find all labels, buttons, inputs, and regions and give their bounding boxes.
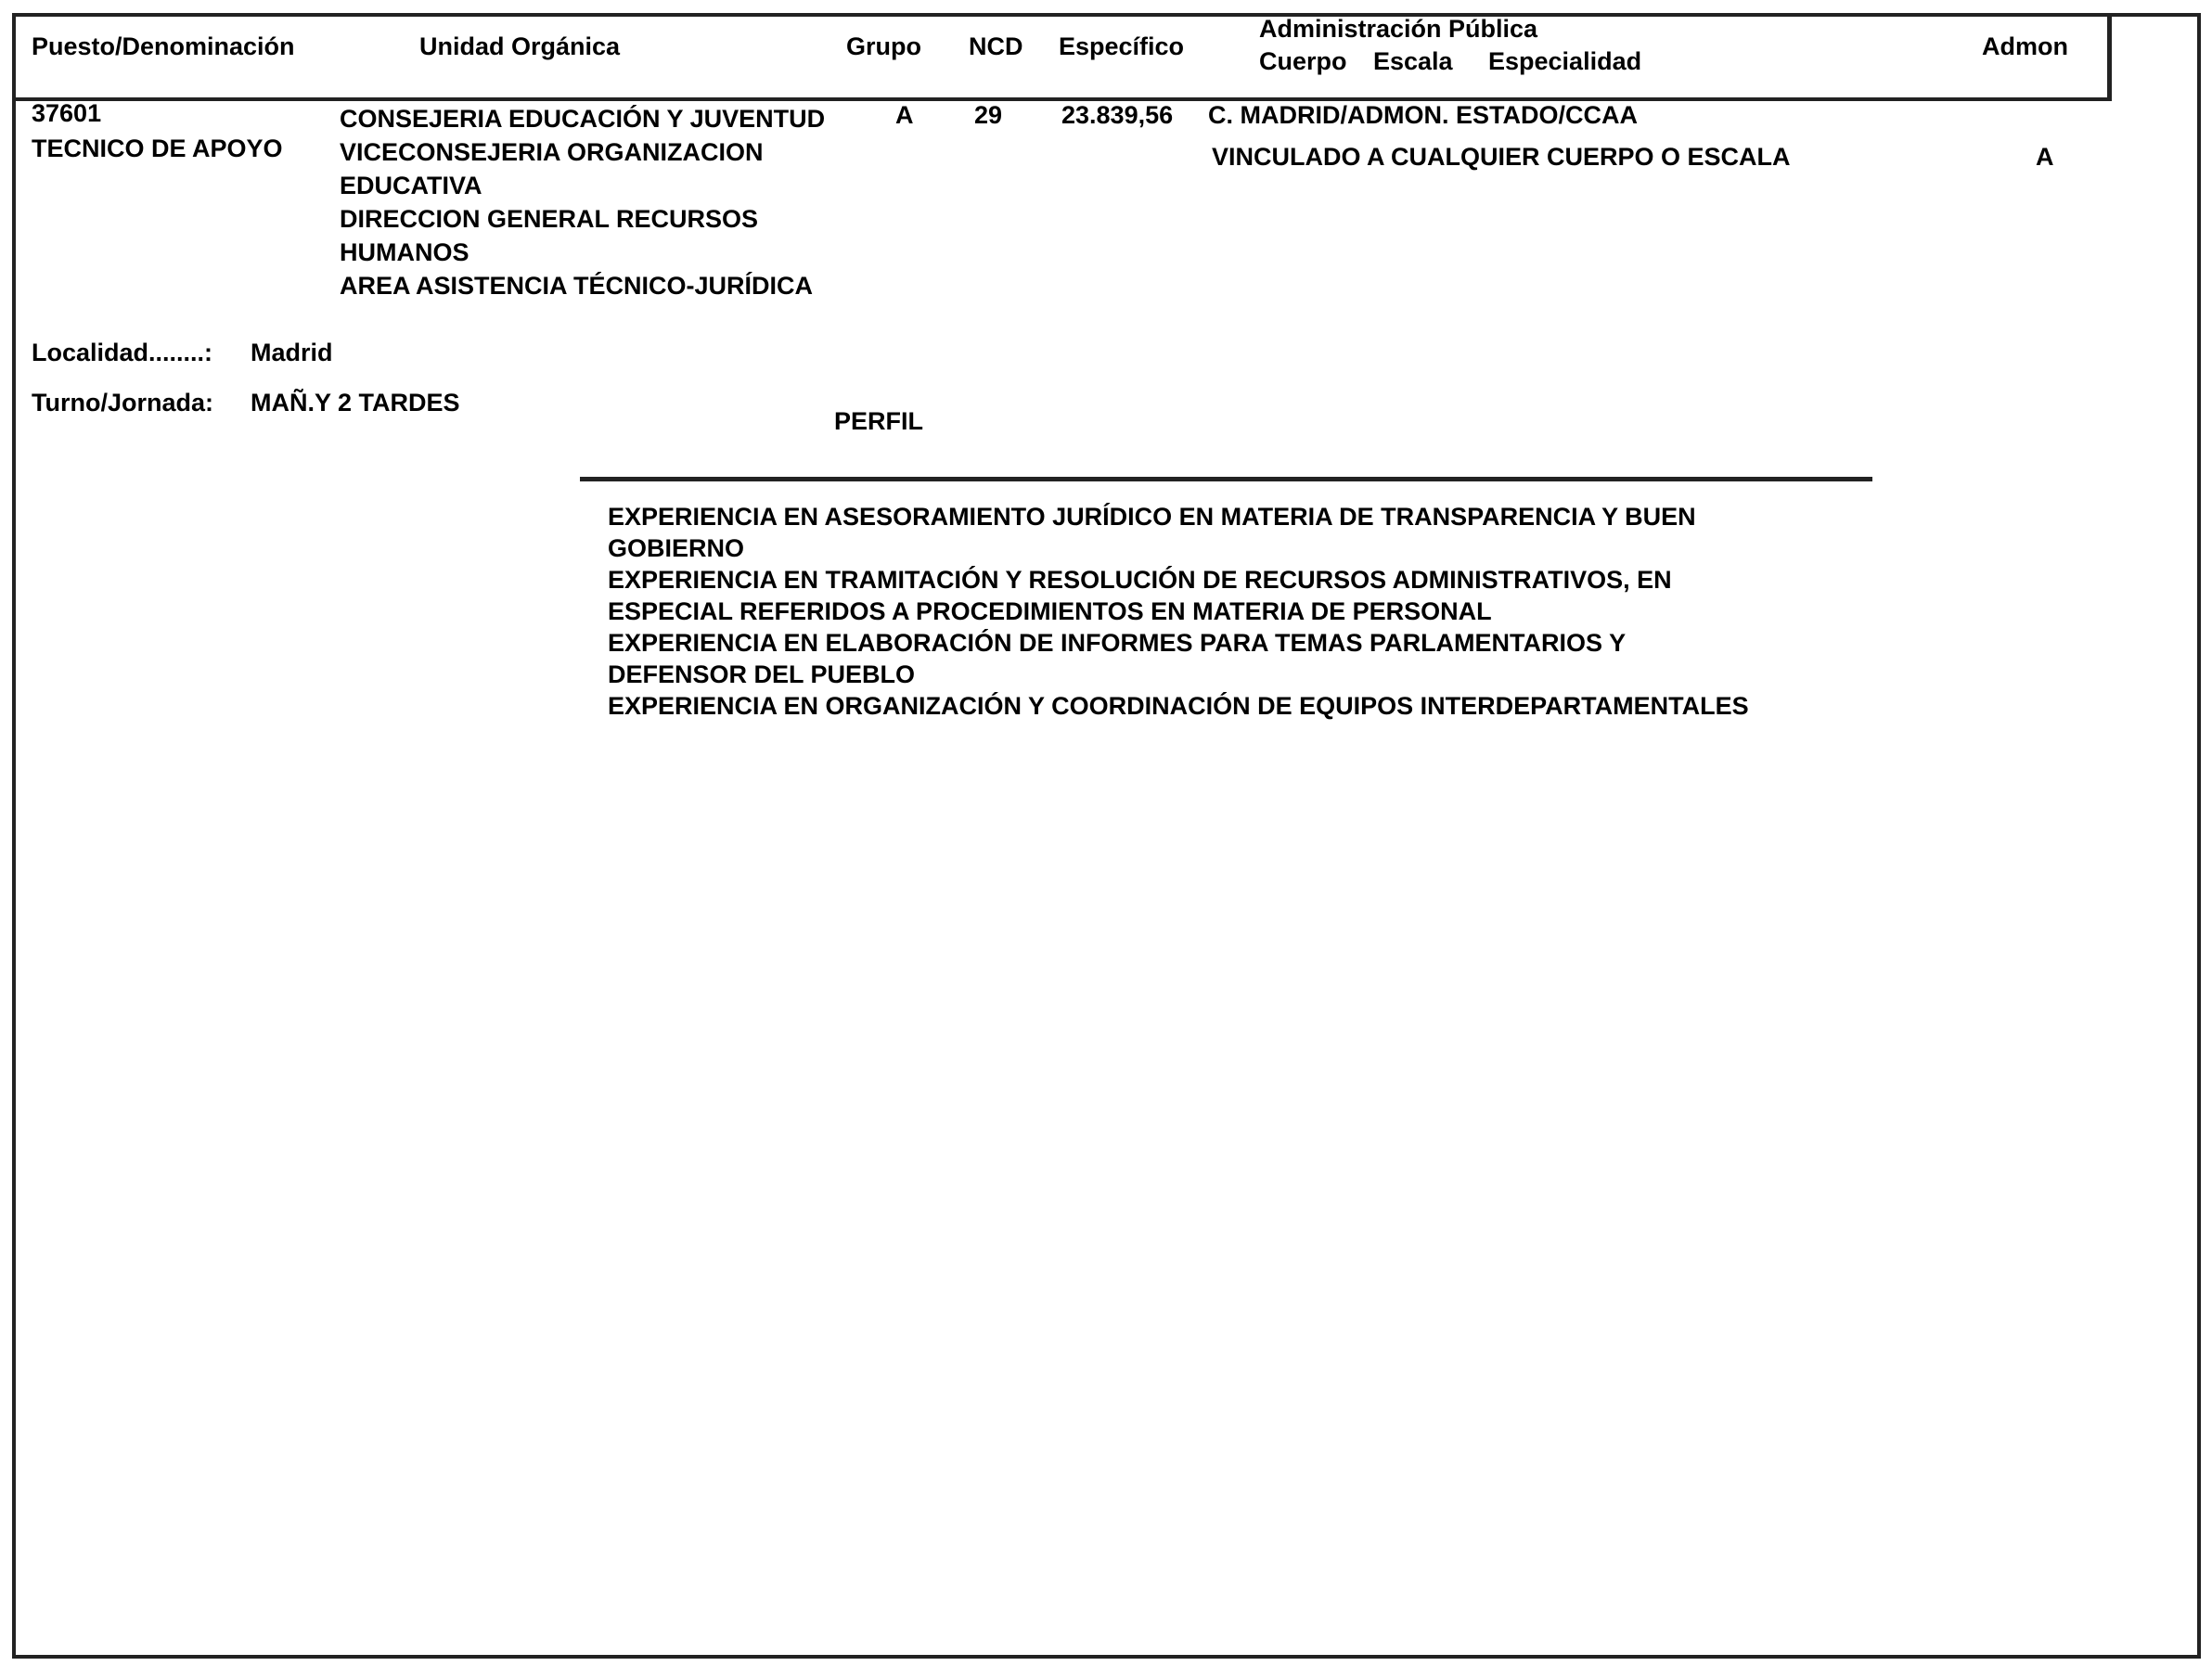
header-puesto: Puesto/Denominación	[32, 32, 295, 61]
record-grupo: A	[895, 100, 914, 130]
localidad-label: Localidad........:	[32, 338, 212, 367]
record-cuerpo-escala: VINCULADO A CUALQUIER CUERPO O ESCALA	[1212, 142, 1791, 172]
perfil-line: EXPERIENCIA EN ASESORAMIENTO JURÍDICO EN…	[608, 501, 1749, 532]
perfil-title: PERFIL	[834, 406, 923, 436]
header-especialidad: Especialidad	[1488, 46, 1641, 76]
header-especifico: Específico	[1059, 32, 1184, 61]
header-ncd: NCD	[969, 32, 1023, 61]
header-admon: Admon	[1982, 32, 2068, 61]
perfil-line: GOBIERNO	[608, 532, 1749, 564]
perfil-line: EXPERIENCIA EN ORGANIZACIÓN Y COORDINACI…	[608, 690, 1749, 722]
header-cuerpo: Cuerpo	[1259, 46, 1347, 76]
header-admin-publica: Administración Pública	[1259, 14, 1537, 44]
turno-label: Turno/Jornada:	[32, 388, 213, 417]
perfil-line: EXPERIENCIA EN ELABORACIÓN DE INFORMES P…	[608, 627, 1749, 659]
header-escala: Escala	[1373, 46, 1453, 76]
unidad-line: DIRECCION GENERAL RECURSOS	[340, 202, 825, 236]
perfil-list: EXPERIENCIA EN ASESORAMIENTO JURÍDICO EN…	[608, 501, 1749, 722]
record-unidad: CONSEJERIA EDUCACIÓN Y JUVENTUD VICECONS…	[340, 102, 825, 302]
perfil-line: ESPECIAL REFERIDOS A PROCEDIMIENTOS EN M…	[608, 596, 1749, 627]
record-administracion: C. MADRID/ADMON. ESTADO/CCAA	[1208, 100, 1638, 130]
unidad-line: EDUCATIVA	[340, 169, 825, 202]
record-especifico: 23.839,56	[1061, 100, 1173, 130]
localidad-value: Madrid	[251, 338, 333, 367]
turno-value: MAÑ.Y 2 TARDES	[251, 388, 460, 417]
unidad-line: HUMANOS	[340, 236, 825, 269]
header-grupo: Grupo	[846, 32, 921, 61]
record-denominacion: TECNICO DE APOYO	[32, 134, 283, 163]
unidad-line: VICECONSEJERIA ORGANIZACION	[340, 135, 825, 169]
header-unidad: Unidad Orgánica	[419, 32, 620, 61]
unidad-line: CONSEJERIA EDUCACIÓN Y JUVENTUD	[340, 102, 825, 135]
unidad-line: AREA ASISTENCIA TÉCNICO-JURÍDICA	[340, 269, 825, 302]
perfil-line: DEFENSOR DEL PUEBLO	[608, 659, 1749, 690]
perfil-separator	[580, 477, 1872, 481]
record-admon: A	[2036, 142, 2054, 172]
record-ncd: 29	[974, 100, 1002, 130]
perfil-line: EXPERIENCIA EN TRAMITACIÓN Y RESOLUCIÓN …	[608, 564, 1749, 596]
record-code: 37601	[32, 98, 101, 128]
